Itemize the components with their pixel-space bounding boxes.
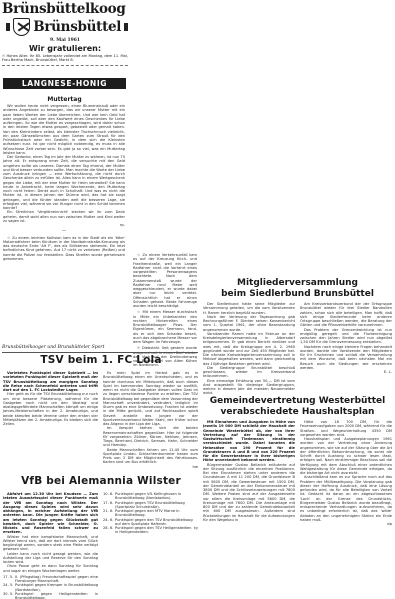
mitglieder-heading: Mitgliederversammlung beim Siedlerbund B… xyxy=(200,278,395,299)
gemeinde-signature: dp xyxy=(300,522,392,526)
gemeinde-col1: Mit Einnahmen und Ausgaben in Höhe von j… xyxy=(203,420,295,522)
gemeinde-paragraph: Haushaltsplan und Ausgabeplanungen 1961 … xyxy=(300,437,392,475)
coat-of-arms-icon xyxy=(13,18,30,36)
langnese-honig-ad: LANGNESE-HONIG xyxy=(3,78,126,89)
vfb-signature: ky xyxy=(194,526,198,535)
vfb-paragraph: Ohne Pause geht es dann Sonntag für Sonn… xyxy=(3,564,98,573)
mitglieder-col1: Der Siedlerbund hatte seine Mitglieder z… xyxy=(203,302,295,396)
schedule-row: 28. 6.Punktspiel gegen den TSV Heiligens… xyxy=(103,526,198,535)
vfb-paragraph: Leider kann noch nicht gesagt werden, wi… xyxy=(3,552,98,565)
mitglieder-paragraph: Das Problem der Grenzentwicklung ist nun… xyxy=(300,328,392,345)
middle-notes: ☆ Zu einem Verkehrsunfall kam es auf der… xyxy=(133,253,197,368)
masthead-title-line1: Brünsbüttelkoog xyxy=(2,2,128,17)
divider xyxy=(2,65,128,66)
tsv-lead: Vorletztes Punktspiel dieser Spielzeit —… xyxy=(3,371,98,392)
tsv-signature: hw xyxy=(103,465,198,469)
vfb-heading: VfB bei Alemannia Wilster xyxy=(2,475,200,487)
gemeinde-paragraph: Anschließend kam es zur Sprache noch auf… xyxy=(300,475,392,522)
schedule-row: 10. 6.Punktspiel gegen VfL Kellinghusen … xyxy=(103,492,198,501)
divider xyxy=(2,352,198,353)
vfb-article-col1: Abfahrt um 12.30 Uhr bei Knudsen — Zum l… xyxy=(3,492,98,599)
decorative-bar xyxy=(124,23,128,31)
news-note: ☆ Zu einem Verkehrsunfall kam es auf der… xyxy=(133,253,197,308)
mitglieder-paragraph: Vorsitzender Ramm hatte im Februar an de… xyxy=(203,332,295,366)
gemeinde-lead: Mit Einnahmen und Ausgaben in Höhe von j… xyxy=(203,420,295,463)
mitglieder-paragraph: Der Siedlerbund hatte seine Mitglieder z… xyxy=(203,302,295,315)
vfb-lead: Abfahrt um 12.30 Uhr bei Knudsen — Zum l… xyxy=(3,492,98,535)
gemeinde-paragraph: Höhe von 18 700 DM, für die Feuerwehrauf… xyxy=(300,420,392,437)
mitglieder-col2: Am Kreisverbandsverbund der der Ortsgrup… xyxy=(300,302,392,374)
gemeinde-paragraph: Bürgermeister Gustav Bellarick erläutert… xyxy=(203,463,295,523)
muttertag-paragraph: Der Gedanke, einen Tag im Jahr der Mutte… xyxy=(3,155,125,210)
masthead: Brünsbüttelkoog Brünsbüttel 9. Mai 1961 … xyxy=(2,2,128,66)
vfb-schedule-right: 10. 6.Punktspiel gegen VfL Kellinghusen … xyxy=(103,492,198,535)
issue-date: 9. Mai 1961 xyxy=(2,38,128,43)
section-kicker: Brunsbüttelkooger und Brunsbütteler Spor… xyxy=(2,345,202,350)
greeting-text: ☉ Hohes Alter. Ihr 85. Lebensjahr vollen… xyxy=(2,54,128,62)
news-note: ☆ Mit einem Messer durchstach in Mitte e… xyxy=(133,310,197,344)
tsv-paragraph: Im Vorspiel stehen sich die beiden Reser… xyxy=(103,426,198,447)
mitglieder-heading-line1: Mitgliederversammlung xyxy=(200,278,395,289)
vfb-paragraph: Wilster hat eine kampfstarke Mannschaft,… xyxy=(3,535,98,552)
greeting-heading: Wir gratulieren: xyxy=(2,44,128,53)
schedule-row: 21. 6.Punktspiel gegen den MTV Marne in … xyxy=(103,509,198,518)
mitglieder-heading-line2: beim Siedlerbund Brunsbüttel xyxy=(200,289,395,300)
muttertag-paragraph: Ein Streifchen 'Vergißmeinnicht' stecken… xyxy=(3,210,125,223)
tsv-paragraph: Es mein Spiel im Herbst gab es in Brunsb… xyxy=(103,371,198,426)
gemeinde-heading-line2: verabschiedete Haushaltsplan xyxy=(200,407,395,418)
mitglieder-paragraph: Nachdem noch einige kleinere Fragen beha… xyxy=(300,345,392,371)
mitglieder-signature: E. L. xyxy=(300,370,392,374)
gemeinde-heading-line1: Gemeindevertretung Westerbüttel xyxy=(200,396,395,407)
news-note: ☆ Zu einem leichten Kollision kam es in … xyxy=(3,236,125,262)
tsv-article-col1: Vorletztes Punktspiel dieser Spielzeit —… xyxy=(3,371,98,426)
muttertag-paragraph: Wir wollen heute nicht vergessen, einen … xyxy=(3,104,125,155)
masthead-title-line2: Brünsbüttel xyxy=(33,19,121,35)
schedule-row: 17. 5.II. (Pfingsttag) Freundschaftsspie… xyxy=(3,575,98,584)
schedule-row: 17. 6.Punktspiel gegen TSV Brunsbüttelko… xyxy=(103,501,198,510)
muttertag-heading: Muttertag xyxy=(2,96,127,103)
mitglieder-paragraph: Am Kreisverbandsverbund der der Ortsgrup… xyxy=(300,302,392,328)
tsv-heading: TSV beim 1. FC Lola xyxy=(2,354,200,366)
gemeinde-col2: Höhe von 18 700 DM, für die Feuerwehrauf… xyxy=(300,420,392,526)
mitglieder-paragraph: Die Siedlergruppe Brunsbüttel beschloß g… xyxy=(203,366,295,379)
mitglieder-paragraph: Eine einmalige Erhöhung von 50,— DM ist … xyxy=(203,379,295,396)
decorative-bar xyxy=(6,23,10,31)
muttertag-signature: rp. xyxy=(3,223,125,227)
vfb-schedule-left: 17. 5.II. (Pfingsttag) Freundschaftsspie… xyxy=(3,575,98,599)
tsv-paragraph: Hier geht es für die TSV Brunsbüttelkoog… xyxy=(3,392,98,426)
mitglieder-paragraph: Nach der Verlesung der Tagesordnung gab … xyxy=(203,315,295,332)
schedule-row: 24. 5.Punktspiel gegen Kremper in Brunsb… xyxy=(3,583,98,592)
tsv-paragraph: Beide Mannschaften fahren um 11.40 Uhr v… xyxy=(103,448,198,465)
muttertag-article: Wir wollen heute nicht vergessen, einen … xyxy=(3,104,125,261)
schedule-row: 30. 5.Punktspiel gegen Heiligenstedten i… xyxy=(3,592,98,599)
divider-ornament: — xyxy=(3,229,125,233)
tsv-article-col2: Es mein Spiel im Herbst gab es in Brunsb… xyxy=(103,371,198,469)
gemeinde-heading: Gemeindevertretung Westerbüttel verabsch… xyxy=(200,396,395,417)
schedule-row: 24. 6.Punktspiel gegen den TSV Brunsbütt… xyxy=(103,518,198,527)
